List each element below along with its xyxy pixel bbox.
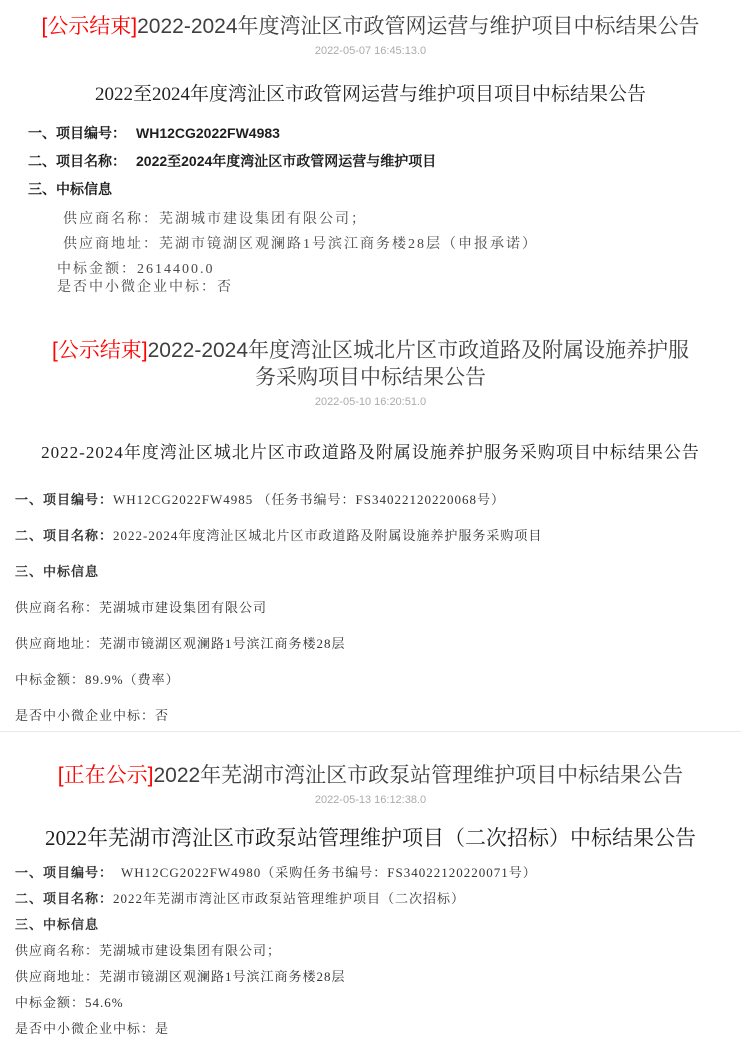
announcement-title: [公示结束]2022-2024年度湾沚区市政管网运营与维护项目中标结果公告 [0,13,741,40]
announcement-subtitle: 2022-2024年度湾沚区城北片区市政道路及附属设施养护服务采购项目中标结果公… [0,438,741,463]
announcement-title-text: 2022年芜湖市湾沚区市政泵站管理维护项目中标结果公告 [153,764,683,787]
sme-flag-line: 是否中小微企业中标：否 [15,709,726,723]
supplier-address-line: 供应商地址：芜湖市镜湖区观澜路1号滨江商务楼28层 [15,970,726,984]
award-amount-line: 中标金额：54.6% [15,996,726,1010]
publish-timestamp: 2022-05-13 16:12:38.0 [0,794,741,806]
announcement-title: [公示结束]2022-2024年度湾沚区城北片区市政道路及附属设施养护服务采购项… [0,337,741,391]
announcement-subtitle: 2022年芜湖市湾沚区市政泵站管理维护项目（二次招标）中标结果公告 [0,822,741,852]
publish-timestamp: 2022-05-10 16:20:51.0 [0,396,741,408]
status-tag: [公示结束] [52,339,148,362]
project-number-value: WH12CG2022FW4980（采购任务书编号：FS3402212022007… [121,865,537,880]
project-name-value: 2022年芜湖市湾沚区市政泵站管理维护项目（二次招标） [113,891,465,906]
supplier-address-line: 供应商地址：芜湖市镜湖区观澜路1号滨江商务楼28层 [15,637,726,651]
publish-timestamp: 2022-05-07 16:45:13.0 [0,45,741,57]
announcement-section-2: [公示结束]2022-2024年度湾沚区城北片区市政道路及附属设施养护服务采购项… [0,337,741,723]
award-info-heading: 三、中标信息 [15,564,99,579]
project-number-value: WH12CG2022FW4983 [136,125,280,141]
announcement-section-1: [公示结束]2022-2024年度湾沚区市政管网运营与维护项目中标结果公告 20… [0,0,741,295]
project-name-label: 二、项目名称： [28,153,126,169]
award-info-heading: 三、中标信息 [28,181,112,197]
announcement-body: 一、项目编号：WH12CG2022FW4985 （任务书编号：FS3402212… [15,493,726,723]
project-number-label: 一、项目编号： [28,125,126,141]
project-number-value: WH12CG2022FW4985 （任务书编号：FS34022120220068… [113,492,505,507]
award-amount-line: 中标金额：2614400.0 [57,262,741,277]
announcement-subtitle: 2022至2024年度湾沚区市政管网运营与维护项目项目中标结果公告 [0,79,741,106]
supplier-name-line: 供应商名称：芜湖城市建设集团有限公司； [63,212,741,227]
supplier-name-line: 供应商名称：芜湖城市建设集团有限公司； [15,944,726,958]
project-number-label: 一、项目编号： [15,492,113,507]
announcement-section-3: [正在公示]2022年芜湖市湾沚区市政泵站管理维护项目中标结果公告 2022-0… [0,762,741,1036]
project-name-label: 二、项目名称： [15,891,113,906]
award-info-heading-row: 三、中标信息 [15,565,726,579]
sme-flag-line: 是否中小微企业中标：否 [57,280,741,295]
project-name-row: 二、项目名称：2022至2024年度湾沚区市政管网运营与维护项目 [28,154,741,168]
supplier-address-line: 供应商地址：芜湖市镜湖区观澜路1号滨江商务楼28层（申报承诺） [63,237,741,252]
project-name-value: 2022-2024年度湾沚区城北片区市政道路及附属设施养护服务采购项目 [113,528,542,543]
project-number-row: 一、项目编号：WH12CG2022FW4983 [28,126,741,140]
award-details: 供应商名称：芜湖城市建设集团有限公司； 供应商地址：芜湖市镜湖区观澜路1号滨江商… [0,212,741,295]
section-divider [0,731,741,732]
announcement-title-text: 2022-2024年度湾沚区城北片区市政道路及附属设施养护服务采购项目中标结果公… [148,339,689,389]
announcement-title: [正在公示]2022年芜湖市湾沚区市政泵站管理维护项目中标结果公告 [0,762,741,789]
announcement-page: [公示结束]2022-2024年度湾沚区市政管网运营与维护项目中标结果公告 20… [0,0,741,1048]
project-name-value: 2022至2024年度湾沚区市政管网运营与维护项目 [136,153,436,169]
award-info-heading-row: 三、中标信息 [28,182,741,196]
announcement-title-text: 2022-2024年度湾沚区市政管网运营与维护项目中标结果公告 [137,15,699,38]
project-number-row: 一、项目编号：WH12CG2022FW4980（采购任务书编号：FS340221… [15,866,726,880]
project-name-label: 二、项目名称： [15,528,113,543]
award-amount-line: 中标金额：89.9%（费率） [15,673,726,687]
project-name-row: 二、项目名称：2022-2024年度湾沚区城北片区市政道路及附属设施养护服务采购… [15,529,726,543]
project-name-row: 二、项目名称：2022年芜湖市湾沚区市政泵站管理维护项目（二次招标） [15,892,726,906]
award-info-heading-row: 三、中标信息 [15,918,726,932]
sme-flag-line: 是否中小微企业中标：是 [15,1022,726,1036]
status-tag: [公示结束] [41,15,137,38]
award-info-heading: 三、中标信息 [15,917,99,932]
project-number-row: 一、项目编号：WH12CG2022FW4985 （任务书编号：FS3402212… [15,493,726,507]
announcement-body: 一、项目编号：WH12CG2022FW4980（采购任务书编号：FS340221… [15,866,726,1036]
supplier-name-line: 供应商名称：芜湖城市建设集团有限公司 [15,601,726,615]
project-fields: 一、项目编号：WH12CG2022FW4983 二、项目名称：2022至2024… [28,126,741,196]
status-tag: [正在公示] [58,764,154,787]
project-number-label: 一、项目编号： [15,865,113,880]
